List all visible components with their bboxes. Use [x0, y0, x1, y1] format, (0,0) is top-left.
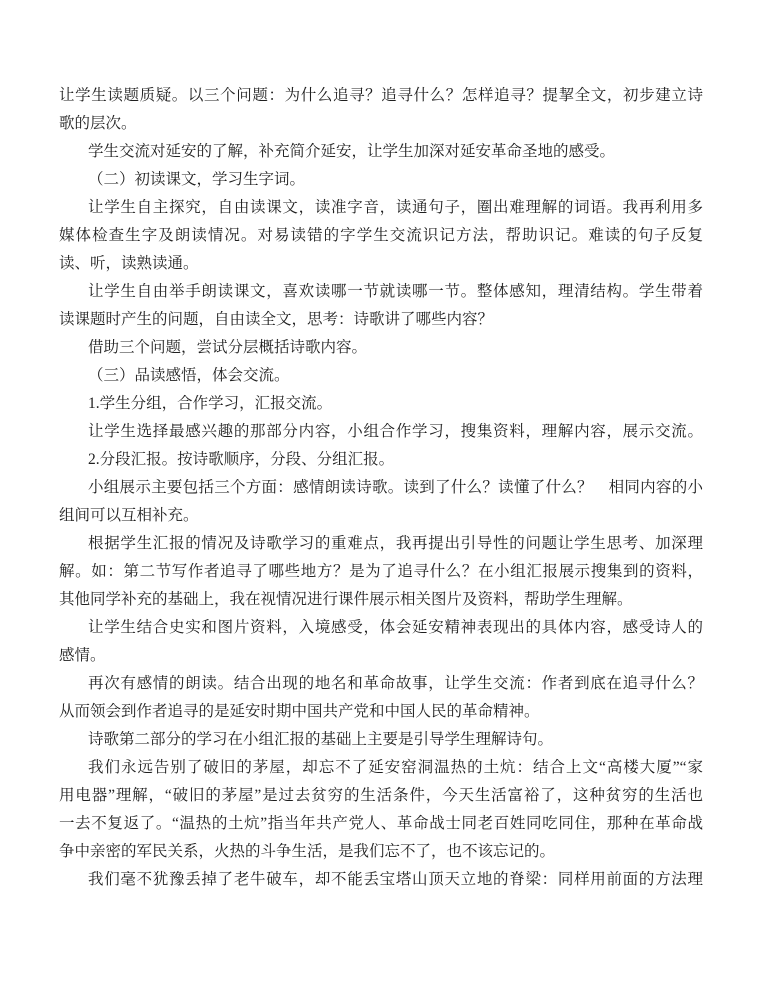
text-line: 用电器”理解，“破旧的茅屋”是过去贫穷的生活条件，今天生活富裕了，这种贫穷的生活… — [59, 782, 703, 810]
text-line: 解。如：第二节写作者追寻了哪些地方？是为了追寻什么？在小组汇报展示搜集到的资料， — [59, 558, 703, 586]
document-page: 让学生读题质疑。以三个问题：为什么追寻？追寻什么？怎样追寻？提挈全文，初步建立诗… — [0, 0, 770, 1000]
text-line: 歌的层次。 — [59, 110, 703, 138]
text-line: （二）初读课文，学习生字词。 — [59, 166, 703, 194]
text-line: 从而领会到作者追寻的是延安时期中国共产党和中国人民的革命精神。 — [59, 698, 703, 726]
text-line: 1.学生分组，合作学习，汇报交流。 — [59, 390, 703, 418]
text-line: 读课题时产生的问题，自由读全文，思考：诗歌讲了哪些内容？ — [59, 306, 703, 334]
text-line: 感情。 — [59, 642, 703, 670]
text-line: 让学生自主探究，自由读课文，读准字音，读通句子，圈出难理解的词语。我再利用多 — [59, 194, 703, 222]
text-line: 一去不复返了。“温热的土炕”指当年共产党人、革命战士同老百姓同吃同住，那种在革命… — [59, 810, 703, 838]
text-line: 我们毫不犹豫丢掉了老牛破车，却不能丢宝塔山顶天立地的脊梁：同样用前面的方法理 — [59, 866, 703, 894]
text-line: 我们永远告别了破旧的茅屋，却忘不了延安窑洞温热的土炕：结合上文“高楼大厦”“家 — [59, 754, 703, 782]
text-line: 争中亲密的军民关系，火热的斗争生活，是我们忘不了，也不该忘记的。 — [59, 838, 703, 866]
document-text-block: 让学生读题质疑。以三个问题：为什么追寻？追寻什么？怎样追寻？提挈全文，初步建立诗… — [59, 82, 703, 894]
text-line: （三）品读感悟，体会交流。 — [59, 362, 703, 390]
text-line: 组间可以互相补充。 — [59, 502, 703, 530]
text-line: 小组展示主要包括三个方面：感情朗读诗歌。读到了什么？读懂了什么？ 相同内容的小 — [59, 474, 703, 502]
text-line: 媒体检查生字及朗读情况。对易读错的字学生交流识记方法，帮助识记。难读的句子反复 — [59, 222, 703, 250]
text-line: 读、听，读熟读通。 — [59, 250, 703, 278]
text-line: 让学生自由举手朗读课文，喜欢读哪一节就读哪一节。整体感知，理清结构。学生带着 — [59, 278, 703, 306]
text-line: 根据学生汇报的情况及诗歌学习的重难点，我再提出引导性的问题让学生思考、加深理 — [59, 530, 703, 558]
text-line: 让学生结合史实和图片资料，入境感受，体会延安精神表现出的具体内容，感受诗人的 — [59, 614, 703, 642]
text-line: 借助三个问题，尝试分层概括诗歌内容。 — [59, 334, 703, 362]
text-line: 再次有感情的朗读。结合出现的地名和革命故事，让学生交流：作者到底在追寻什么？ — [59, 670, 703, 698]
text-line: 让学生选择最感兴趣的那部分内容，小组合作学习，搜集资料，理解内容，展示交流。 — [59, 418, 703, 446]
text-line: 让学生读题质疑。以三个问题：为什么追寻？追寻什么？怎样追寻？提挈全文，初步建立诗 — [59, 82, 703, 110]
text-line: 学生交流对延安的了解，补充简介延安，让学生加深对延安革命圣地的感受。 — [59, 138, 703, 166]
text-line: 其他同学补充的基础上，我在视情况进行课件展示相关图片及资料，帮助学生理解。 — [59, 586, 703, 614]
text-line: 2.分段汇报。按诗歌顺序，分段、分组汇报。 — [59, 446, 703, 474]
text-line: 诗歌第二部分的学习在小组汇报的基础上主要是引导学生理解诗句。 — [59, 726, 703, 754]
